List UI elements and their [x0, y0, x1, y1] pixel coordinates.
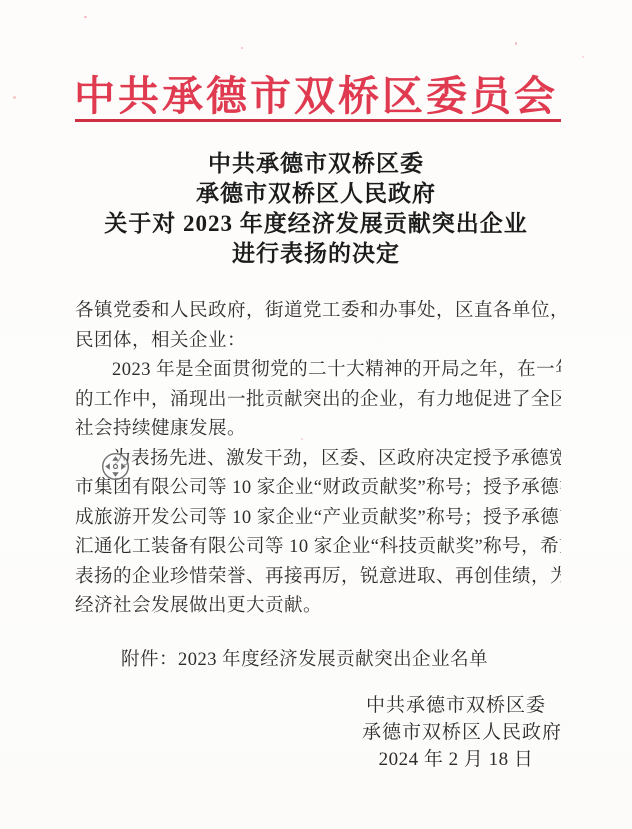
scan-speck — [582, 56, 584, 58]
scan-speck — [515, 42, 517, 45]
attachment-line: 附件：2023 年度经济发展贡献突出企业名单 — [75, 646, 561, 676]
text-line: 承德市双桥区人民政府 — [36, 179, 596, 209]
salutation-paragraph: 各镇党委和人民政府，街道党工委和办事处，区直各单位，各人民团体，相关企业： — [75, 297, 561, 356]
text-line: 中共承德市双桥区委 — [36, 149, 596, 179]
document-title: 中共承德市双桥区委承德市双桥区人民政府关于对 2023 年度经济发展贡献突出企业… — [36, 149, 596, 269]
text-line: 成旅游开发公司等 10 家企业“产业贡献奖”称号；授予承德市 — [75, 504, 561, 534]
text-line: 社会持续健康发展。 — [75, 415, 561, 445]
scanned-document-page: 中共承德市双桥区委员会 中共承德市双桥区委承德市双桥区人民政府关于对 2023 … — [0, 0, 632, 829]
text-line: 关于对 2023 年度经济发展贡献突出企业 — [36, 209, 596, 239]
scan-speck — [84, 16, 87, 18]
text-line: 表扬的企业珍惜荣誉、再接再厉，锐意进取、再创佳绩，为全区 — [75, 563, 561, 593]
scan-speck — [241, 47, 243, 49]
signature-block: 中共承德市双桥区委承德市双桥区人民政府 2024 年 2 月 18 日 — [362, 693, 550, 773]
paragraph-awards: 为表扬先进、激发干劲，区委、区政府决定授予承德宽广超市集团有限公司等 10 家企… — [75, 445, 561, 622]
signature-date: 2024 年 2 月 18 日 — [362, 746, 550, 773]
signature-orgs: 中共承德市双桥区委承德市双桥区人民政府 — [362, 693, 550, 746]
scan-speck — [13, 96, 16, 99]
scan-speck — [301, 438, 303, 440]
pan-scroll-cursor-icon — [101, 452, 130, 481]
text-line: 经济社会发展做出更大贡献。 — [75, 592, 561, 622]
text-line: 2023 年是全面贯彻党的二十大精神的开局之年，在一年来 — [75, 356, 561, 386]
paragraph-intro: 2023 年是全面贯彻党的二十大精神的开局之年，在一年来的工作中，涌现出一批贡献… — [75, 356, 561, 445]
text-line: 为表扬先进、激发干劲，区委、区政府决定授予承德宽广超 — [75, 445, 561, 475]
letterhead-rule — [75, 119, 561, 122]
text-line: 承德市双桥区人民政府 — [362, 720, 550, 747]
text-line: 市集团有限公司等 10 家企业“财政贡献奖”称号；授予承德福 — [75, 474, 561, 504]
text-line: 中共承德市双桥区委 — [362, 693, 550, 720]
text-line: 民团体，相关企业： — [75, 327, 561, 357]
text-line: 的工作中，涌现出一批贡献突出的企业，有力地促进了全区经济 — [75, 386, 561, 416]
document-body: 各镇党委和人民政府，街道党工委和办事处，区直各单位，各人民团体，相关企业： 20… — [75, 297, 561, 675]
text-line: 汇通化工装备有限公司等 10 家企业“科技贡献奖”称号，希望受 — [75, 533, 561, 563]
letterhead-org-name: 中共承德市双桥区委员会 — [0, 72, 632, 120]
text-line: 进行表扬的决定 — [36, 239, 596, 269]
text-line: 各镇党委和人民政府，街道党工委和办事处，区直各单位，各人 — [75, 297, 561, 327]
